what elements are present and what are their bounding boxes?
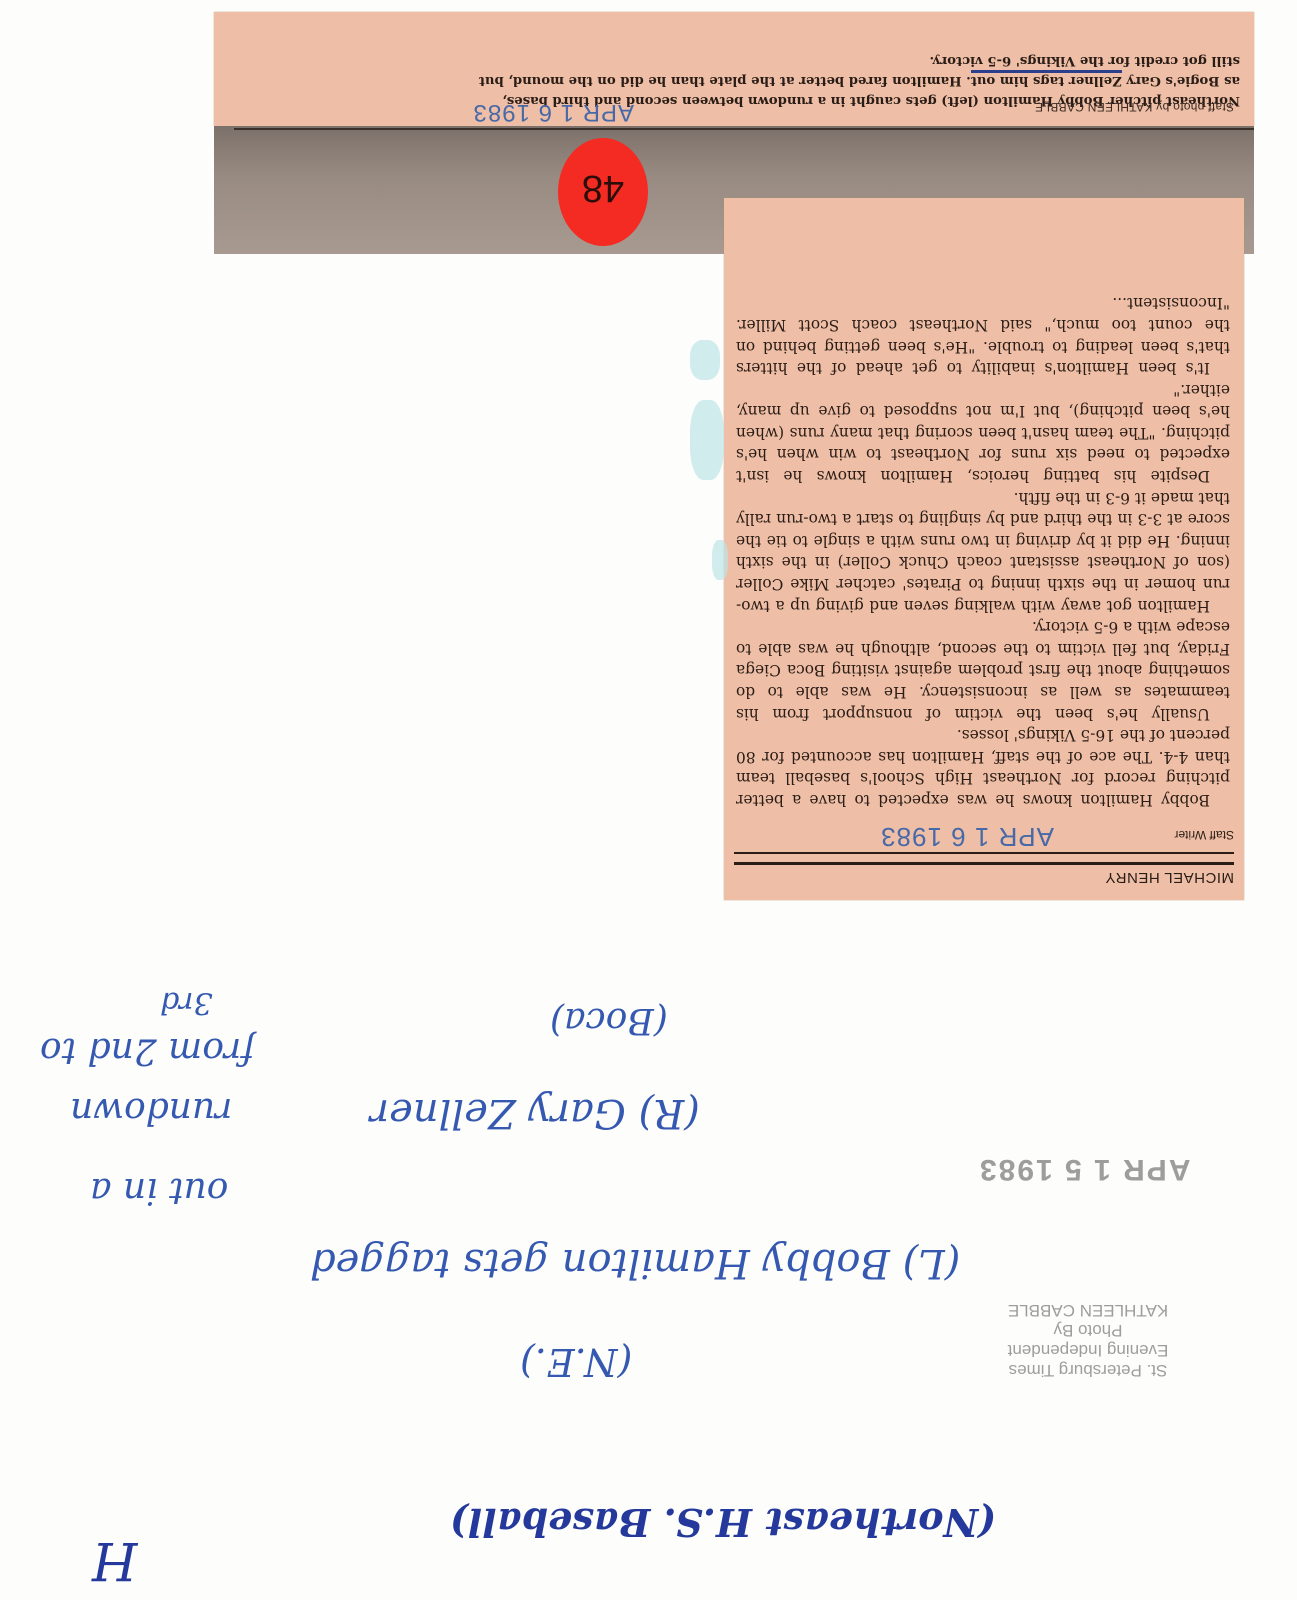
- byline-rule: [734, 862, 1234, 865]
- byline: MICHAEL HENRY: [724, 865, 1244, 900]
- water-stain: [712, 540, 728, 580]
- water-stain: [690, 340, 720, 380]
- caption-line-2-post: . Hamilton fared better at the plate tha…: [479, 73, 971, 88]
- publisher-line-2: Evening Independent: [968, 1340, 1208, 1360]
- article-paragraph: It's been Hamilton's inability to get ah…: [736, 292, 1230, 378]
- handwriting-rundown: rundown: [70, 1090, 232, 1131]
- handwriting-left-subject: (L) Bobby Hamilton gets tagged: [310, 1240, 960, 1286]
- article-content: MICHAEL HENRY Staff Writer APR 1 6 1983 …: [724, 198, 1244, 900]
- water-stain: [690, 400, 724, 480]
- article-paragraph: Hamilton got away with walking seven and…: [736, 486, 1230, 616]
- caption-line-2-pre: as Bogie's Gary: [1122, 73, 1240, 88]
- handwriting-category: (Northeast H.S. Baseball): [450, 1500, 996, 1545]
- caption-footer: Staff photo by KATHLEEN CABBLE APR 1 6 1…: [214, 92, 1254, 122]
- handwriting-out: out in a: [90, 1170, 228, 1211]
- photo-credit: Staff photo by KATHLEEN CABBLE: [1027, 100, 1234, 114]
- caption-underlined-text: Zellner tags him out: [971, 70, 1122, 88]
- article-paragraph: Bobby Hamilton knows he was expected to …: [736, 724, 1230, 810]
- staff-row: Staff Writer APR 1 6 1983: [724, 824, 1244, 846]
- publisher-line-1: St. Petersburg Times: [968, 1360, 1208, 1380]
- received-date-stamp: APR 1 5 1983: [978, 1152, 1190, 1186]
- publisher-line-3: Photo By: [968, 1320, 1208, 1340]
- staff-writer-label: Staff Writer: [1164, 828, 1244, 842]
- handwriting-right-subject: (R) Gary Zellner: [370, 1090, 700, 1136]
- handwriting-from: from 2nd to: [40, 1030, 255, 1071]
- handwriting-boca: (Boca): [550, 1000, 668, 1041]
- handwriting-ne: (N.E.): [520, 1340, 632, 1384]
- publisher-stamp: St. Petersburg Times Evening Independent…: [968, 1300, 1208, 1380]
- handwriting-letter: H: [92, 1530, 137, 1590]
- article-date-stamp: APR 1 6 1983: [880, 821, 1054, 852]
- sticker-number: 48: [558, 166, 648, 209]
- byline-rule-thin: [734, 852, 1234, 854]
- handwriting-third: 3rd: [160, 985, 213, 1020]
- caption-date-stamp: APR 1 6 1983: [473, 98, 634, 126]
- article-clipping: MICHAEL HENRY Staff Writer APR 1 6 1983 …: [724, 198, 1244, 900]
- article-body: Bobby Hamilton knows he was expected to …: [724, 292, 1244, 824]
- publisher-line-4: KATHLEEN CABBLE: [968, 1300, 1208, 1320]
- caption-line-3: still got credit for the Vikings' 6-5 vi…: [930, 53, 1241, 68]
- article-paragraph: Usually he's been the victim of nonsuppo…: [736, 616, 1230, 724]
- number-sticker: 48: [558, 138, 648, 246]
- article-paragraph: Despite his batting heroics, Hamilton kn…: [736, 378, 1230, 486]
